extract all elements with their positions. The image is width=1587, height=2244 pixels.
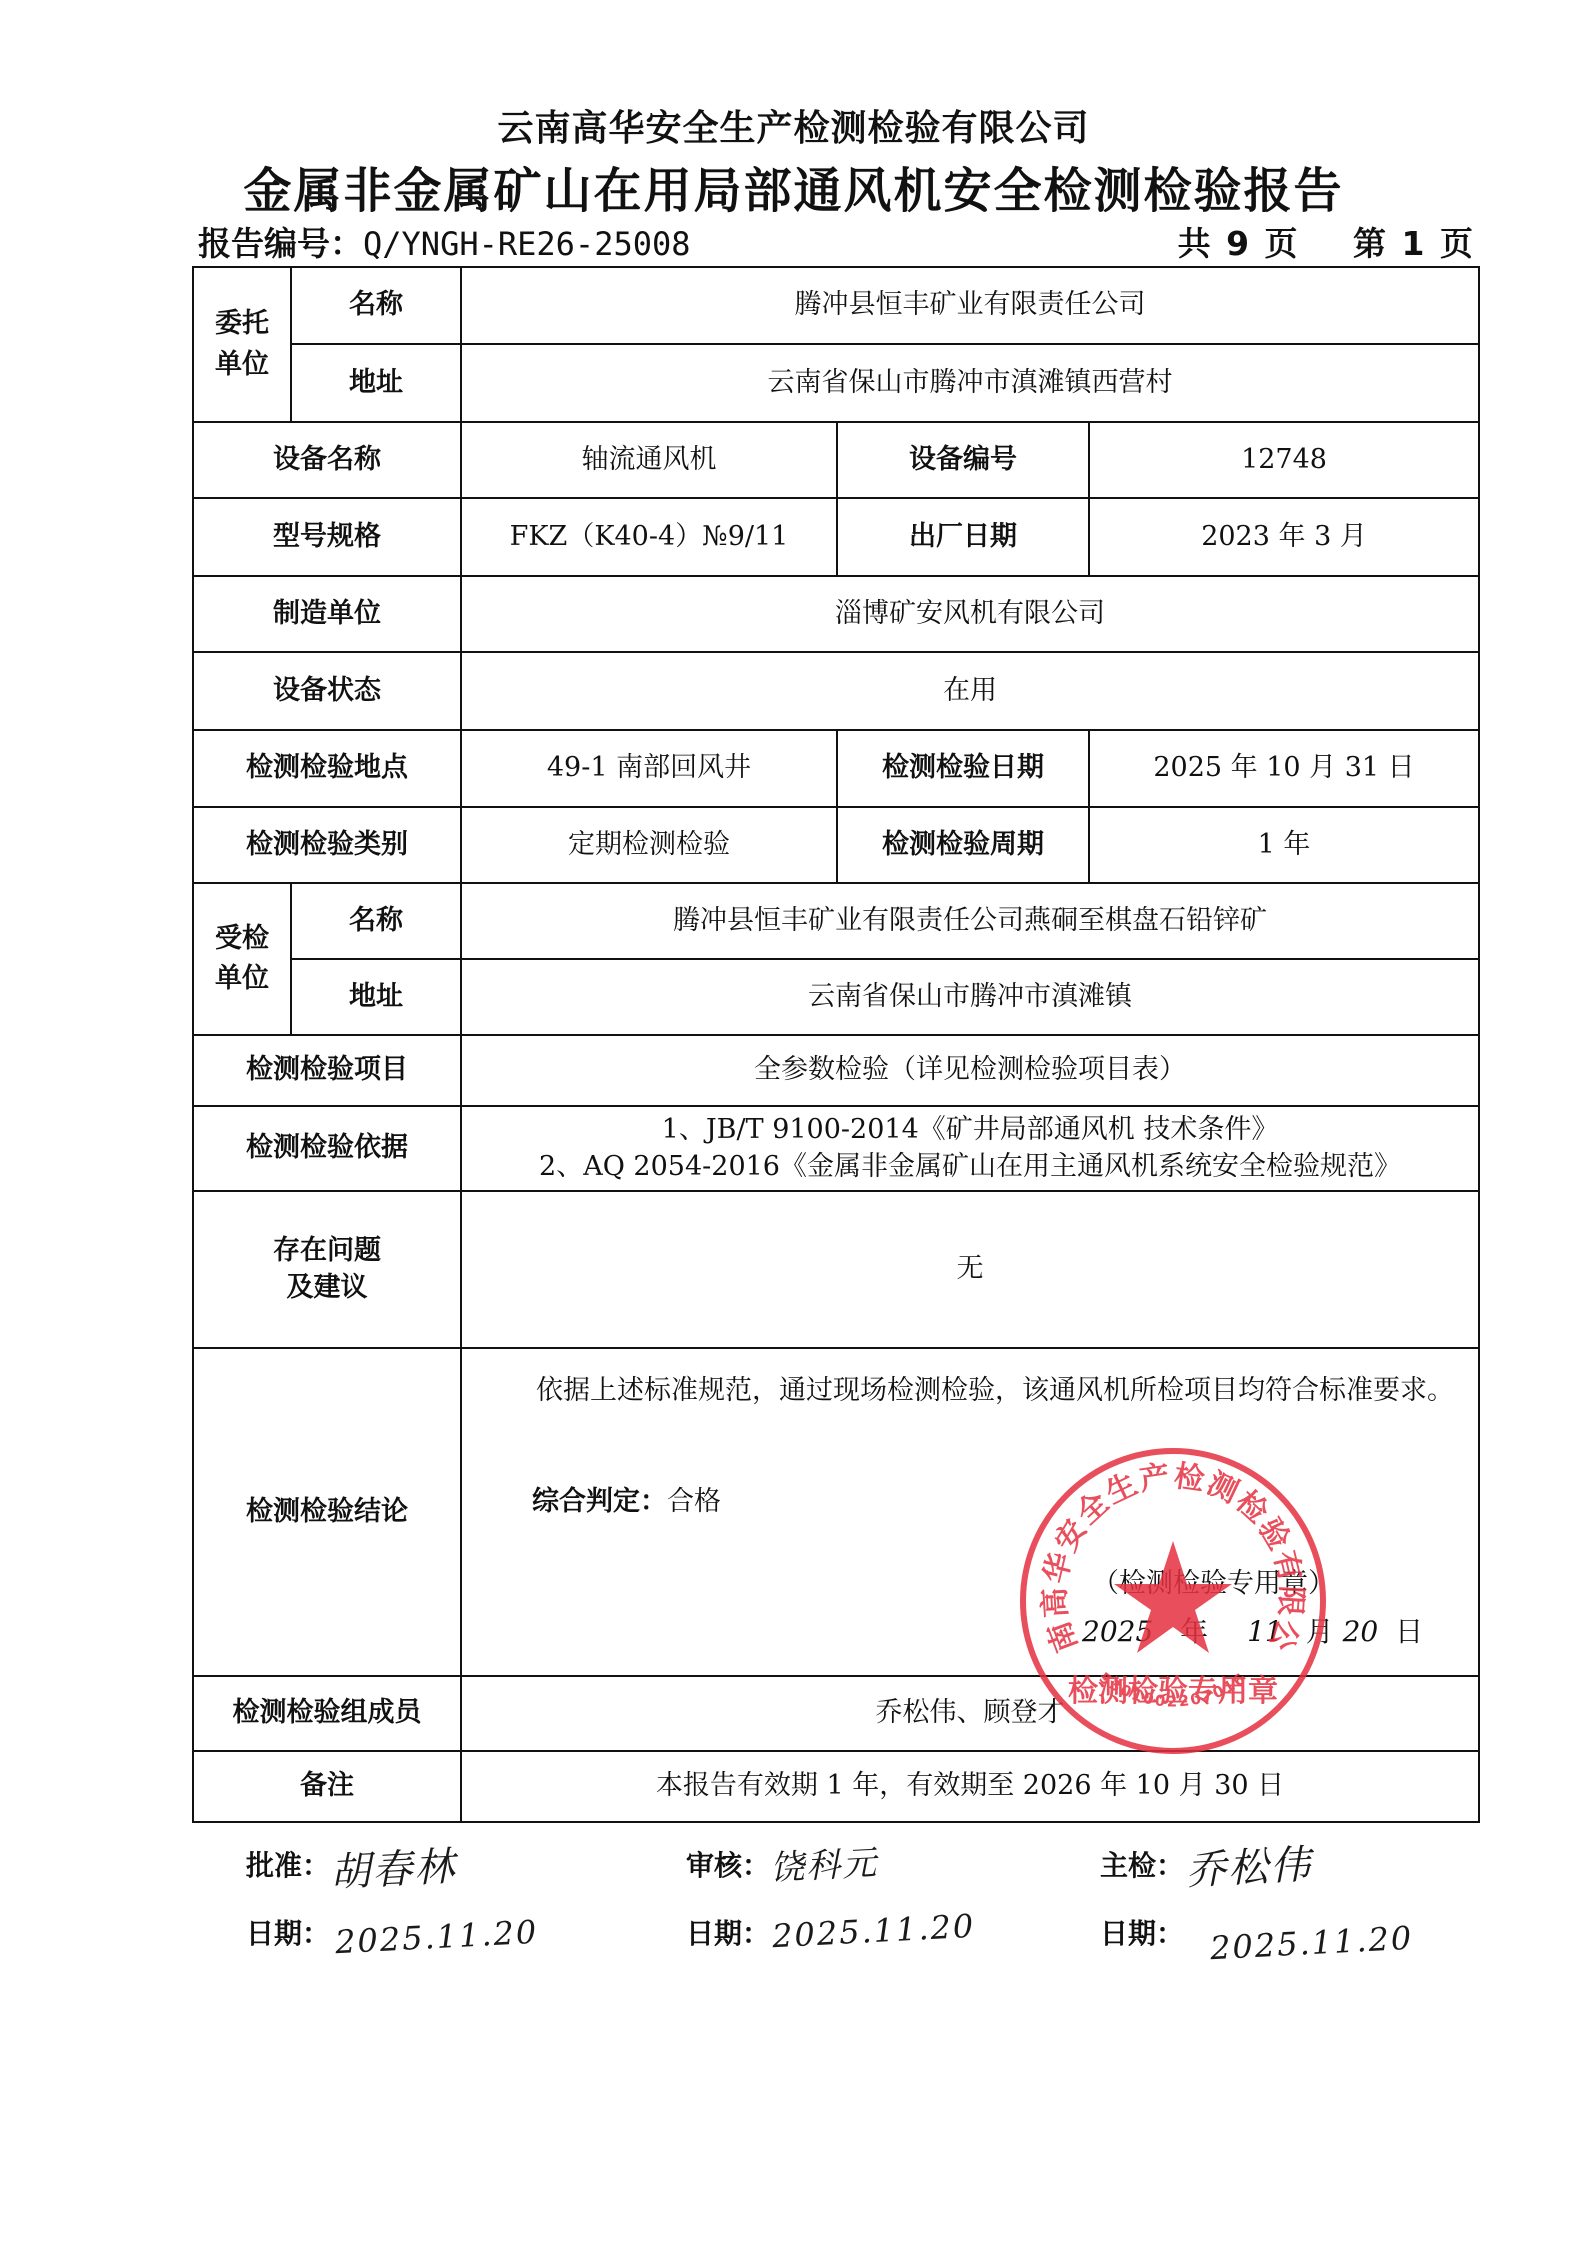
status-value: 在用 (461, 652, 1479, 730)
inspected-address-label: 地址 (291, 959, 461, 1035)
manufacturer-row: 制造单位 淄博矿安风机有限公司 (193, 576, 1479, 652)
model-label: 型号规格 (193, 498, 461, 576)
location-label: 检测检验地点 (193, 730, 461, 807)
client-address-row: 地址 云南省保山市腾冲市滇滩镇西营村 (193, 344, 1479, 422)
remarks-row: 备注 本报告有效期 1 年，有效期至 2026 年 10 月 30 日 (193, 1751, 1479, 1822)
basis-item: 2、AQ 2054-2016《金属非金属矿山在用主通风机系统安全检验规范》 (468, 1149, 1472, 1185)
inspected-address-row: 地址 云南省保山市腾冲市滇滩镇 (193, 959, 1479, 1035)
items-label: 检测检验项目 (193, 1035, 461, 1106)
items-value: 全参数检验（详见检测检验项目表） (461, 1035, 1479, 1106)
status-row: 设备状态 在用 (193, 652, 1479, 730)
model-value: FKZ（K40-4）№9/11 (461, 498, 837, 576)
conclusion-cell: 依据上述标准规范，通过现场检测检验，该通风机所检项目均符合标准要求。 综合判定：… (461, 1348, 1479, 1676)
inspected-name: 腾冲县恒丰矿业有限责任公司燕硐至棋盘石铅锌矿 (461, 883, 1479, 959)
report-number-label: 报告编号： (198, 224, 363, 263)
page-info: 共 9 页 第 1 页 (1168, 218, 1475, 265)
chief-inspector-signature: 乔松伟 (1185, 1833, 1314, 1897)
cycle-label: 检测检验周期 (837, 807, 1089, 883)
reviewer-signature: 饶科元 (769, 1835, 879, 1890)
current-page: 第 1 页 (1353, 224, 1475, 263)
equipment-number: 12748 (1089, 422, 1479, 498)
approver-date-label: 日期： (246, 1912, 330, 1952)
judgement-value: 合格 (667, 1486, 721, 1517)
issues-row: 存在问题 及建议 无 (193, 1191, 1479, 1348)
location-value: 49-1 南部回风井 (461, 730, 837, 807)
report-table: 委托单位 名称 腾冲县恒丰矿业有限责任公司 地址 云南省保山市腾冲市滇滩镇西营村… (192, 266, 1480, 1823)
team-label: 检测检验组成员 (193, 1676, 461, 1751)
manufacturer-label: 制造单位 (193, 576, 461, 652)
conclusion-row: 检测检验结论 依据上述标准规范，通过现场检测检验，该通风机所检项目均符合标准要求… (193, 1348, 1479, 1676)
chief-inspector-date-label: 日期： (1100, 1912, 1184, 1952)
overall-judgement: 综合判定：合格 (532, 1484, 721, 1520)
location-row: 检测检验地点 49-1 南部回风井 检测检验日期 2025 年 10 月 31 … (193, 730, 1479, 807)
mfg-date: 2023 年 3 月 (1089, 498, 1479, 576)
status-label: 设备状态 (193, 652, 461, 730)
company-name: 云南高华安全生产检测检验有限公司 (0, 100, 1587, 151)
client-name: 腾冲县恒丰矿业有限责任公司 (461, 267, 1479, 344)
conclusion-label: 检测检验结论 (193, 1348, 461, 1676)
client-name-label: 名称 (291, 267, 461, 344)
basis-label: 检测检验依据 (193, 1106, 461, 1191)
total-pages: 共 9 页 (1178, 224, 1300, 263)
basis-row: 检测检验依据 1、JB/T 9100-2014《矿井局部通风机 技术条件》 2、… (193, 1106, 1479, 1191)
issues-value: 无 (461, 1191, 1479, 1348)
reviewer-date-label: 日期： (686, 1912, 770, 1952)
equipment-number-label: 设备编号 (837, 422, 1089, 498)
chief-inspector-label: 主检： (1100, 1844, 1184, 1884)
basis-item: 1、JB/T 9100-2014《矿井局部通风机 技术条件》 (468, 1112, 1472, 1148)
inspected-name-row: 受检单位 名称 腾冲县恒丰矿业有限责任公司燕硐至棋盘石铅锌矿 (193, 883, 1479, 959)
equipment-name-row: 设备名称 轴流通风机 设备编号 12748 (193, 422, 1479, 498)
report-number-value: Q/YNGH-RE26-25008 (363, 225, 691, 263)
seal-caption: （检测检验专用章） (1092, 1566, 1335, 1602)
equipment-name-label: 设备名称 (193, 422, 461, 498)
manufacturer: 淄博矿安风机有限公司 (461, 576, 1479, 652)
inspection-date: 2025 年 10 月 31 日 (1089, 730, 1479, 807)
report-title: 金属非金属矿山在用局部通风机安全检测检验报告 (0, 152, 1587, 221)
team-row: 检测检验组成员 乔松伟、顾登才 (193, 1676, 1479, 1751)
cycle-value: 1 年 (1089, 807, 1479, 883)
inspected-name-label: 名称 (291, 883, 461, 959)
team-members: 乔松伟、顾登才 (461, 1676, 1479, 1751)
items-row: 检测检验项目 全参数检验（详见检测检验项目表） (193, 1035, 1479, 1106)
category-value: 定期检测检验 (461, 807, 837, 883)
category-label: 检测检验类别 (193, 807, 461, 883)
remarks-label: 备注 (193, 1751, 461, 1822)
conclusion-text: 依据上述标准规范，通过现场检测检验，该通风机所检项目均符合标准要求。 (472, 1369, 1464, 1414)
approver-date: 2025.11.20 (334, 1913, 539, 1962)
category-row: 检测检验类别 定期检测检验 检测检验周期 1 年 (193, 807, 1479, 883)
approver-signature: 胡春林 (329, 1835, 458, 1899)
basis-list: 1、JB/T 9100-2014《矿井局部通风机 技术条件》 2、AQ 2054… (461, 1106, 1479, 1191)
client-address-label: 地址 (291, 344, 461, 422)
equipment-name: 轴流通风机 (461, 422, 837, 498)
chief-inspector-date: 2025.11.20 (1209, 1919, 1414, 1968)
client-group-label: 委托单位 (193, 267, 291, 422)
inspected-group-label: 受检单位 (193, 883, 291, 1035)
mfg-date-label: 出厂日期 (837, 498, 1089, 576)
remarks-value: 本报告有效期 1 年，有效期至 2026 年 10 月 30 日 (461, 1751, 1479, 1822)
reviewer-date: 2025.11.20 (771, 1907, 976, 1956)
inspected-address: 云南省保山市腾冲市滇滩镇 (461, 959, 1479, 1035)
reviewer-label: 审核： (686, 1844, 770, 1884)
inspection-date-label: 检测检验日期 (837, 730, 1089, 807)
issues-label: 存在问题 及建议 (193, 1191, 461, 1348)
seal-date: 2025 年 11 月 20 日 (1082, 1613, 1423, 1651)
report-number: 报告编号：Q/YNGH-RE26-25008 (198, 218, 691, 265)
client-name-row: 委托单位 名称 腾冲县恒丰矿业有限责任公司 (193, 267, 1479, 344)
model-row: 型号规格 FKZ（K40-4）№9/11 出厂日期 2023 年 3 月 (193, 498, 1479, 576)
client-address: 云南省保山市腾冲市滇滩镇西营村 (461, 344, 1479, 422)
approver-label: 批准： (246, 1844, 330, 1884)
